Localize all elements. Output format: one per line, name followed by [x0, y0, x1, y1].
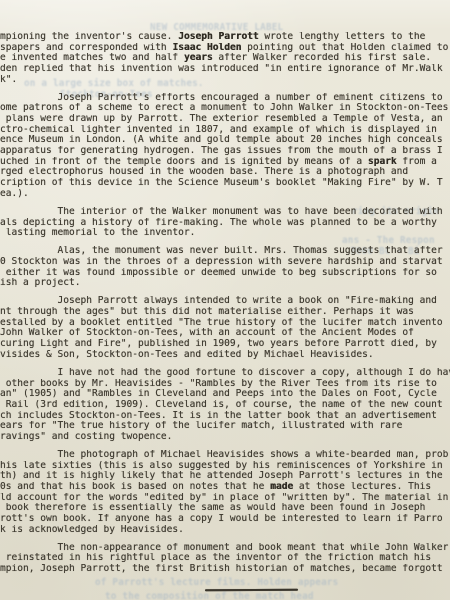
- overstruck-text: years: [184, 53, 213, 63]
- document-line: ctro-chemical lighter invented in 1807, …: [0, 125, 450, 136]
- document-line: an" (1905) and "Rambles in Cleveland and…: [0, 389, 450, 400]
- typed-text: an" (1905) and "Rambles in Cleveland and…: [0, 389, 437, 399]
- typed-text: John Walker of Stockton-on-Tees, with an…: [0, 328, 414, 338]
- typed-text: e invented matches two and half: [0, 53, 184, 63]
- document-line: ish a project.: [0, 278, 450, 289]
- typed-text: k".: [0, 75, 17, 85]
- typed-text: ravings" and costing twopence.: [0, 432, 172, 442]
- document-line: mpion, Joseph Parrott, the first British…: [0, 564, 450, 575]
- document-line: visides & Son, Stockton-on-Tees and edit…: [0, 350, 450, 361]
- typed-text: pointing out that Holden claimed to: [241, 43, 448, 53]
- typed-text: mpion, Joseph Parrott, the first British…: [0, 564, 443, 574]
- document-line: Rail (3rd edition, 1909). Cleveland is, …: [0, 400, 450, 411]
- document-line: ome patrons of a scheme to erect a monum…: [0, 103, 450, 114]
- document-line: Joseph Parrott always intended to write …: [0, 296, 450, 307]
- scanned-typescript-page: NEW COMMEMORATIVE LABELon a large size b…: [0, 0, 450, 600]
- document-line: John Walker of Stockton-on-Tees, with an…: [0, 328, 450, 339]
- typed-text: The photograph of Michael Heavisides sho…: [0, 450, 448, 460]
- separator-rule: [205, 589, 298, 592]
- typed-text: spapers and corresponded with: [0, 43, 172, 53]
- overstruck-text: Isaac Holden: [172, 43, 241, 53]
- document-line: cription of this device in the Science M…: [0, 178, 450, 189]
- document-line: reinstated in his rightful place as the …: [0, 553, 450, 564]
- overstruck-text: spark: [368, 157, 397, 167]
- typed-text: The non-appearance of monument and book …: [0, 543, 448, 553]
- paragraph: Joseph Parrott always intended to write …: [0, 296, 450, 360]
- typed-text: k is acknowledged by Heavisides.: [0, 525, 184, 535]
- typed-text: wrote lengthy letters to the: [259, 32, 426, 42]
- document-line: ch includes Stockton-on-Tees. It is in t…: [0, 411, 450, 422]
- document-line: 0 Stockton was in the throes of a depres…: [0, 257, 450, 268]
- typed-text: ish a project.: [0, 278, 80, 288]
- document-line: curing Light and Fire", published in 190…: [0, 339, 450, 350]
- typed-text: als depicting a history of fire-making. …: [0, 218, 437, 228]
- typed-text: 0 Stockton was in the throes of a depres…: [0, 257, 443, 267]
- typed-text: Joseph Parrott always intended to write …: [0, 296, 437, 306]
- document-line: ears for "The true history of the lucife…: [0, 421, 450, 432]
- document-line: rott's own book. If anyone has a copy I …: [0, 514, 450, 525]
- document-line: th) and it is highly likely that he atte…: [0, 471, 450, 482]
- document-line: The interior of the Walker monument was …: [0, 207, 450, 218]
- typed-text: at those lectures. This: [293, 482, 431, 492]
- document-line: ea.).: [0, 189, 450, 200]
- document-line: book therefore is essentially the same a…: [0, 503, 450, 514]
- typed-text: The interior of the Walker monument was …: [0, 207, 443, 217]
- typed-text: curing Light and Fire", published in 190…: [0, 339, 437, 349]
- paragraph: The interior of the Walker monument was …: [0, 207, 450, 239]
- typed-text: den replied that his invention was intro…: [0, 64, 443, 74]
- typed-text: after Walker recorded his first sale.: [213, 53, 431, 63]
- paragraph: The photograph of Michael Heavisides sho…: [0, 450, 450, 535]
- document-line: k".: [0, 75, 450, 86]
- document-line: den replied that his invention was intro…: [0, 64, 450, 75]
- typed-text: reinstated in his rightful place as the …: [0, 553, 431, 563]
- document-line: k is acknowledged by Heavisides.: [0, 525, 450, 536]
- document-line: ravings" and costing twopence.: [0, 432, 450, 443]
- typed-text: mpioning the inventor's cause.: [0, 32, 178, 42]
- typed-text: 0s and that his book is based on notes t…: [0, 482, 270, 492]
- bleed-through-text: of Parrott's lecture films. Holden appea…: [95, 578, 338, 589]
- document-line: nt through the ages" but this did not ma…: [0, 307, 450, 318]
- document-line: ld account for the words "edited by" in …: [0, 493, 450, 504]
- document-line: rged electrophorus housed in the wooden …: [0, 167, 450, 178]
- document-text: mpioning the inventor's cause. Joseph Pa…: [0, 32, 450, 575]
- typed-text: ears for "The true history of the lucife…: [0, 421, 402, 431]
- document-line: other books by Mr. Heavisides - "Rambles…: [0, 379, 450, 390]
- document-line: spapers and corresponded with Isaac Hold…: [0, 43, 450, 54]
- typed-text: Rail (3rd edition, 1909). Cleveland is, …: [0, 400, 443, 410]
- document-line: The non-appearance of monument and book …: [0, 543, 450, 554]
- typed-text: th) and it is highly likely that he atte…: [0, 471, 443, 481]
- typed-text: ome patrons of a scheme to erect a monum…: [0, 103, 448, 113]
- document-line: uched in front of the temple doors and i…: [0, 157, 450, 168]
- typed-text: I have not had the good fortune to disco…: [0, 368, 450, 378]
- typed-text: visides & Son, Stockton-on-Tees and edit…: [0, 350, 374, 360]
- typed-text: ch includes Stockton-on-Tees. It is in t…: [0, 411, 437, 421]
- typed-text: estalled by a booklet entitled "The true…: [0, 318, 443, 328]
- paragraph: mpioning the inventor's cause. Joseph Pa…: [0, 32, 450, 85]
- typed-text: Alas, the monument was never built. Mrs.…: [0, 246, 443, 256]
- typed-text: cription of this device in the Science M…: [0, 178, 443, 188]
- document-line: I have not had the good fortune to disco…: [0, 368, 450, 379]
- typed-text: from a: [397, 157, 437, 167]
- typed-text: ctro-chemical lighter invented in 1807, …: [0, 125, 437, 135]
- typed-text: ence Museum in London. (A white and gold…: [0, 135, 443, 145]
- bleed-through-text: to the composition of the match head: [105, 592, 314, 600]
- typed-text: ea.).: [0, 189, 29, 199]
- typed-text: uched in front of the temple doors and i…: [0, 157, 368, 167]
- document-line: mpioning the inventor's cause. Joseph Pa…: [0, 32, 450, 43]
- document-line: 0s and that his book is based on notes t…: [0, 482, 450, 493]
- document-line: The photograph of Michael Heavisides sho…: [0, 450, 450, 461]
- typed-text: nt through the ages" but this did not ma…: [0, 307, 414, 317]
- document-line: als depicting a history of fire-making. …: [0, 218, 450, 229]
- paragraph: Alas, the monument was never built. Mrs.…: [0, 246, 450, 289]
- document-line: ence Museum in London. (A white and gold…: [0, 135, 450, 146]
- typed-text: his late sixties (this is also suggested…: [0, 461, 443, 471]
- typed-text: other books by Mr. Heavisides - "Rambles…: [0, 379, 437, 389]
- typed-text: ld account for the words "edited by" in …: [0, 493, 448, 503]
- typed-text: Joseph Parrott's efforts encouraged a nu…: [0, 93, 443, 103]
- document-line: apparatus for generating hydrogen. The g…: [0, 146, 450, 157]
- overstruck-text: made: [270, 482, 293, 492]
- paragraph: The non-appearance of monument and book …: [0, 543, 450, 575]
- overstruck-text: Joseph Parrott: [178, 32, 258, 42]
- paragraph: I have not had the good fortune to disco…: [0, 368, 450, 443]
- document-line: lasting memorial to the inventor.: [0, 228, 450, 239]
- typed-text: either it was found impossible or deemed…: [0, 268, 437, 278]
- paragraph: Joseph Parrott's efforts encouraged a nu…: [0, 93, 450, 200]
- typed-text: plans were drawn up by Parrott. The exte…: [0, 114, 443, 124]
- document-line: either it was found impossible or deemed…: [0, 268, 450, 279]
- document-line: estalled by a booklet entitled "The true…: [0, 318, 450, 329]
- typed-text: book therefore is essentially the same a…: [0, 503, 425, 513]
- document-line: plans were drawn up by Parrott. The exte…: [0, 114, 450, 125]
- typed-text: rged electrophorus housed in the wooden …: [0, 167, 408, 177]
- document-line: Joseph Parrott's efforts encouraged a nu…: [0, 93, 450, 104]
- typed-text: apparatus for generating hydrogen. The g…: [0, 146, 443, 156]
- document-line: Alas, the monument was never built. Mrs.…: [0, 246, 450, 257]
- document-line: e invented matches two and half years af…: [0, 53, 450, 64]
- typed-text: rott's own book. If anyone has a copy I …: [0, 514, 443, 524]
- typed-text: lasting memorial to the inventor.: [0, 228, 195, 238]
- document-line: his late sixties (this is also suggested…: [0, 461, 450, 472]
